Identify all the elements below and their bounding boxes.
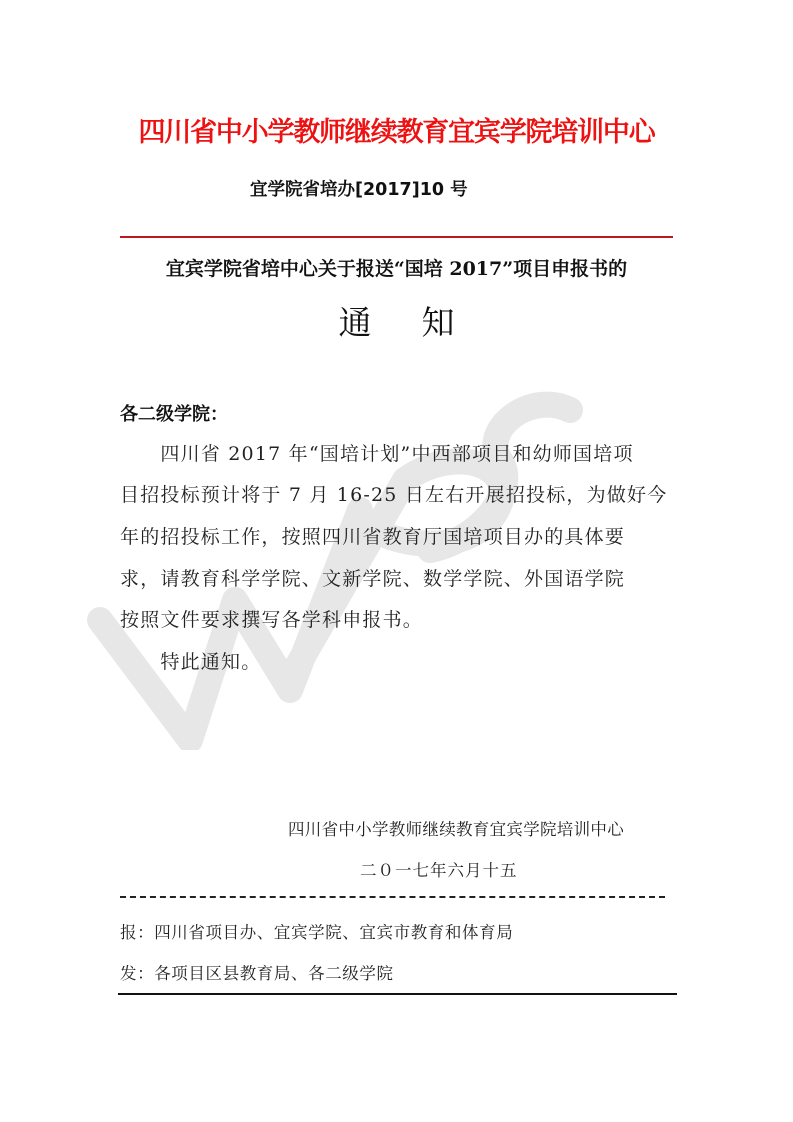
red-header-divider [120,236,673,238]
signature-date: 二０一七年六月十五 [360,857,518,881]
salutation: 各二级学院： [120,400,228,426]
closing-line: 特此通知。 [120,647,261,674]
signature-organization: 四川省中小学教师继续教育宜宾学院培训中心 [288,816,624,840]
dashed-divider [120,896,665,898]
bottom-divider [118,993,677,995]
send-to-line: 发：各项目区县教育局、各二级学院 [120,960,394,984]
body-paragraph-line: 按照文件要求撰写各学科申报书。 [120,605,423,632]
notice-subtitle: 宜宾学院省培中心关于报送“国培 2017”项目申报书的 [0,254,793,281]
notice-title: 通知 [0,297,793,344]
document-number: 宜学院省培办[2017]10 号 [250,176,468,201]
body-paragraph-line: 求，请教育科学学院、文新学院、数学学院、外国语学院 [120,564,625,591]
notice-title-char-1: 通 [339,303,372,342]
notice-title-char-2: 知 [422,303,455,342]
body-paragraph-line: 年的招投标工作，按照四川省教育厅国培项目办的具体要 [120,522,625,549]
wps-watermark-icon [60,370,620,750]
body-paragraph-line: 目招投标预计将于 7 月 16-25 日左右开展招投标，为做好今 [120,480,667,507]
body-paragraph-line: 四川省 2017 年“国培计划”中西部项目和幼师国培项 [120,439,634,466]
report-to-line: 报：四川省项目办、宜宾学院、宜宾市教育和体育局 [120,919,513,943]
organization-title: 四川省中小学教师继续教育宜宾学院培训中心 [0,110,793,149]
